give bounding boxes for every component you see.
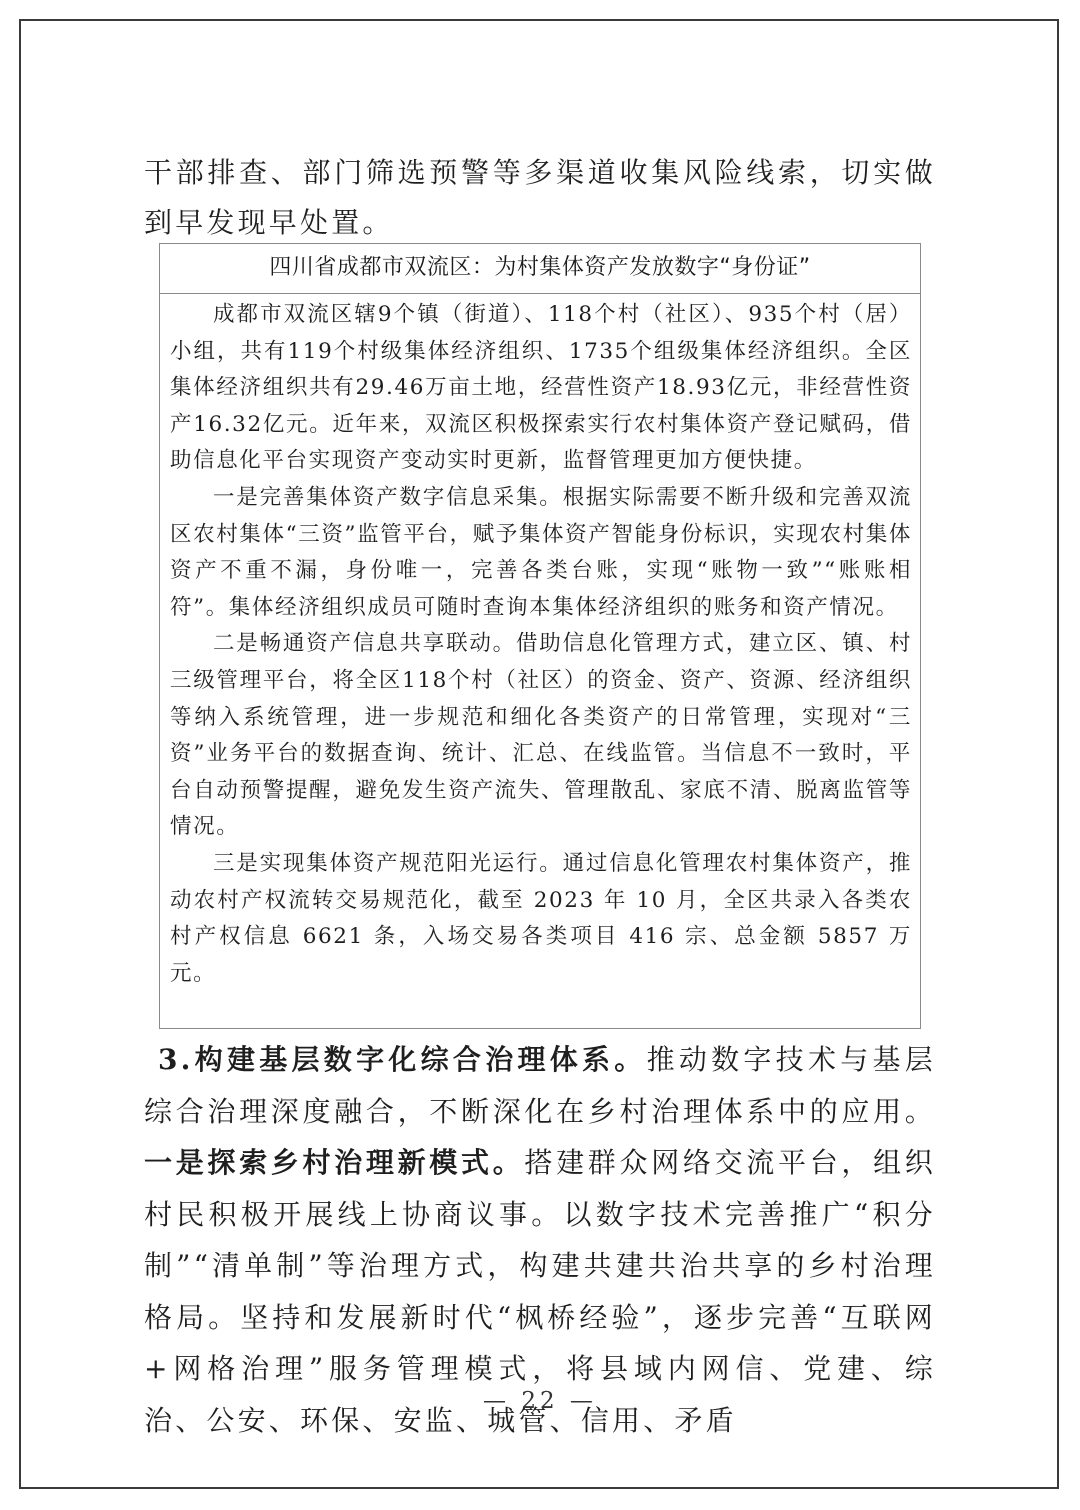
page-number: — 22 — — [0, 1388, 1080, 1414]
section-paragraph: 3.构建基层数字化综合治理体系。推动数字技术与基层综合治理深度融合，不断深化在乡… — [144, 1034, 936, 1446]
case-study-title: 四川省成都市双流区：为村集体资产发放数字“身份证” — [160, 244, 920, 294]
case-paragraph-first: 一是完善集体资产数字信息采集。根据实际需要不断升级和完善双流区农村集体“三资”监… — [170, 480, 912, 626]
case-study-body: 成都市双流区辖9个镇（街道）、118个村（社区）、935个村（居）小组，共有11… — [160, 294, 920, 992]
subsection-heading: 一是探索乡村治理新模式。 — [144, 1146, 524, 1179]
case-paragraph-intro: 成都市双流区辖9个镇（街道）、118个村（社区）、935个村（居）小组，共有11… — [170, 297, 912, 480]
case-paragraph-third: 三是实现集体资产规范阳光运行。通过信息化管理农村集体资产，推动农村产权流转交易规… — [170, 846, 912, 992]
case-study-box: 四川省成都市双流区：为村集体资产发放数字“身份证” 成都市双流区辖9个镇（街道）… — [159, 243, 921, 1029]
continued-paragraph: 干部排查、部门筛选预警等多渠道收集风险线索，切实做到早发现早处置。 — [144, 148, 936, 248]
section-heading: 3.构建基层数字化综合治理体系。 — [158, 1043, 647, 1076]
case-paragraph-second: 二是畅通资产信息共享联动。借助信息化管理方式，建立区、镇、村三级管理平台，将全区… — [170, 626, 912, 846]
